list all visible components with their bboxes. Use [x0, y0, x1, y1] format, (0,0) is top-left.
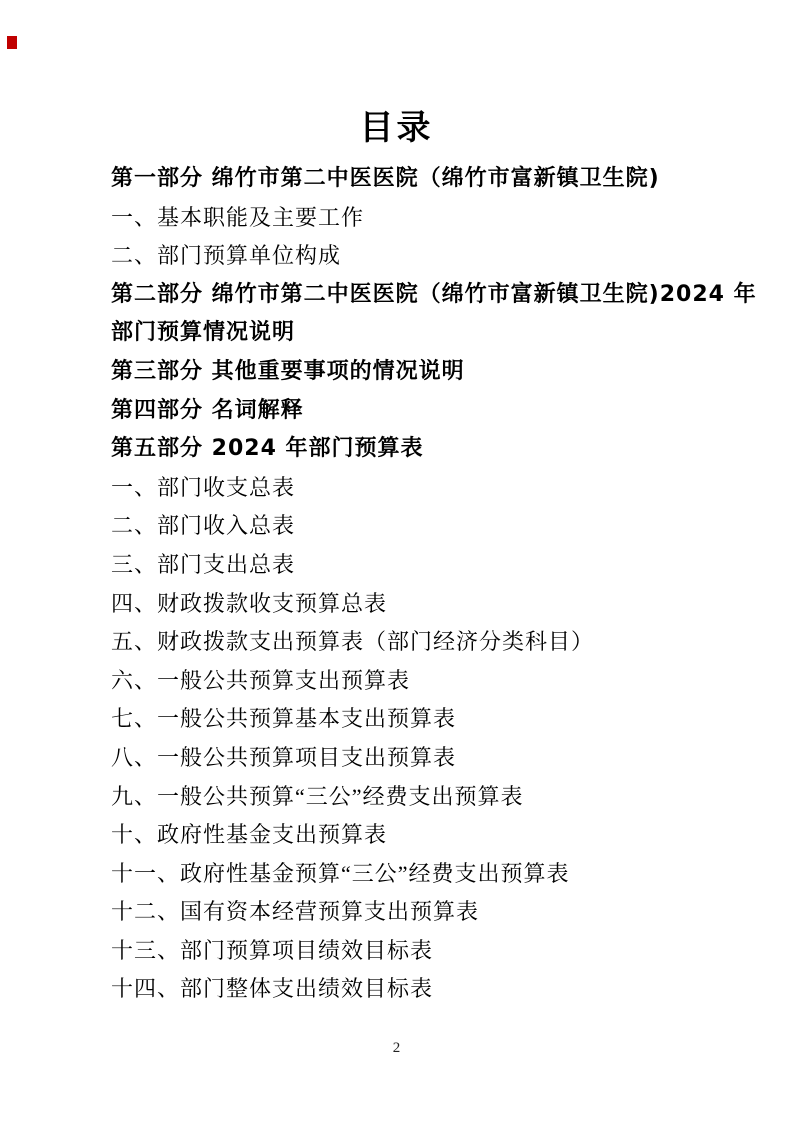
page-number: 2 — [0, 1038, 793, 1058]
toc-entry: 十四、部门整体支出绩效目标表 — [111, 970, 753, 1009]
toc-entry: 十二、国有资本经营预算支出预算表 — [111, 893, 753, 932]
toc-entry: 十三、部门预算项目绩效目标表 — [111, 932, 753, 971]
toc-entry: 二、部门收入总表 — [111, 507, 753, 546]
toc-entry: 七、一般公共预算基本支出预算表 — [111, 700, 753, 739]
red-corner-mark — [7, 36, 17, 49]
toc-entry: 六、一般公共预算支出预算表 — [111, 662, 753, 701]
toc-entry: 五、财政拨款支出预算表（部门经济分类科目） — [111, 623, 753, 662]
toc-entry: 第一部分 绵竹市第二中医医院（绵竹市富新镇卫生院) — [111, 160, 753, 199]
toc-entry: 部门预算情况说明 — [111, 314, 753, 353]
toc-entry: 第五部分 2024 年部门预算表 — [111, 430, 753, 469]
toc-entry: 一、基本职能及主要工作 — [111, 199, 753, 238]
toc-entry: 一、部门收支总表 — [111, 469, 753, 508]
toc-entry: 九、一般公共预算“三公”经费支出预算表 — [111, 778, 753, 817]
toc-entry: 三、部门支出总表 — [111, 546, 753, 585]
toc-entry: 十、政府性基金支出预算表 — [111, 816, 753, 855]
page-title: 目录 — [0, 108, 793, 148]
toc-entry: 第四部分 名词解释 — [111, 392, 753, 431]
toc-entry: 第三部分 其他重要事项的情况说明 — [111, 353, 753, 392]
toc-entry: 第二部分 绵竹市第二中医医院（绵竹市富新镇卫生院)2024 年 — [111, 276, 753, 315]
document-page: 目录 第一部分 绵竹市第二中医医院（绵竹市富新镇卫生院)一、基本职能及主要工作二… — [0, 0, 793, 1122]
toc-list: 第一部分 绵竹市第二中医医院（绵竹市富新镇卫生院)一、基本职能及主要工作二、部门… — [111, 160, 753, 1009]
toc-entry: 八、一般公共预算项目支出预算表 — [111, 739, 753, 778]
toc-entry: 四、财政拨款收支预算总表 — [111, 585, 753, 624]
toc-entry: 二、部门预算单位构成 — [111, 237, 753, 276]
toc-entry: 十一、政府性基金预算“三公”经费支出预算表 — [111, 855, 753, 894]
